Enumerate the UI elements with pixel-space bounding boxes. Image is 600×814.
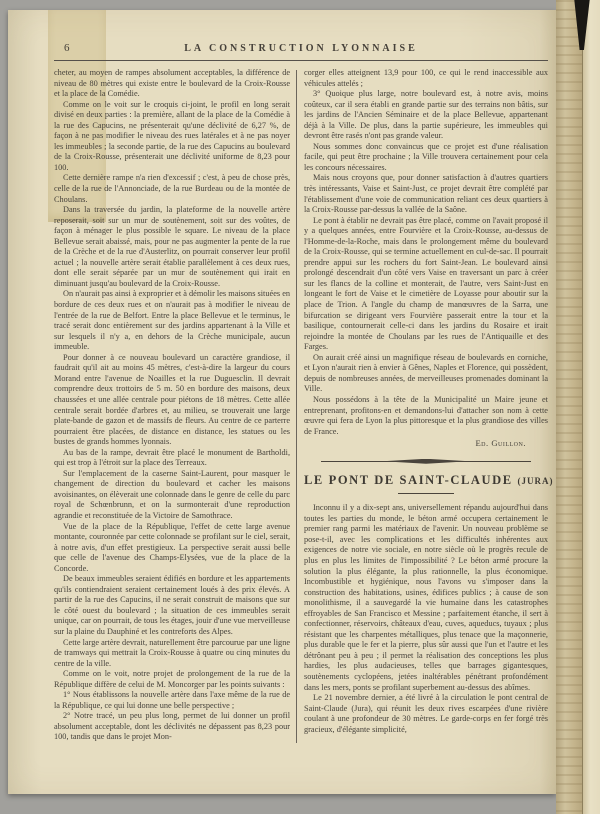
paragraph: Comme on le voit, notre projet de prolon… <box>54 669 290 690</box>
divider-lens-ornament <box>383 459 469 464</box>
paragraph: Sur l'emplacement de la caserne Saint-La… <box>54 469 290 522</box>
page-content: 6 LA CONSTRUCTION LYONNAISE cheter, au m… <box>8 10 556 794</box>
paragraph: Nous sommes donc convaincus que ce proje… <box>304 142 548 174</box>
paragraph: Mais nous croyons que, pour donner satis… <box>304 173 548 215</box>
paragraph: Le 21 novembre dernier, a été livré à la… <box>304 693 548 735</box>
paragraph: Vue de la place de la République, l'effe… <box>54 522 290 575</box>
paragraph: cheter, au moyen de rampes absolument ac… <box>54 68 290 100</box>
paragraph: Comme on le voit sur le croquis ci-joint… <box>54 100 290 174</box>
article-title-main: LE PONT DE SAINT-CLAUDE <box>304 473 513 487</box>
header-rule <box>54 60 548 61</box>
paragraph: Inconnu il y a dix-sept ans, universelle… <box>304 503 548 693</box>
section-divider <box>321 458 531 465</box>
journal-title: LA CONSTRUCTION LYONNAISE <box>54 43 548 54</box>
page-header: 6 LA CONSTRUCTION LYONNAISE <box>54 38 548 60</box>
paragraph: Cette dernière rampe n'a rien d'excessif… <box>54 173 290 205</box>
paragraph: Le pont à établir ne devrait pas être pl… <box>304 216 548 353</box>
left-column: cheter, au moyen de rampes absolument ac… <box>54 68 290 743</box>
scan-canvas: { "colors": { "paper": "#e6ddc1", "surro… <box>0 0 600 814</box>
paragraph: corger elles atteignent 13,9 pour 100, c… <box>304 68 548 89</box>
next-page-edge <box>582 0 600 814</box>
article-boulevard-end: corger elles atteignent 13,9 pour 100, c… <box>304 68 548 437</box>
article-title: LE PONT DE SAINT-CLAUDE (JURA) <box>304 475 548 487</box>
paragraph: On aurait créé ainsi un magnifique résea… <box>304 353 548 395</box>
paragraph: Pour donner à ce nouveau boulevard un ca… <box>54 353 290 448</box>
author-signature: Ed. Guillon. <box>304 438 548 449</box>
book-page-edges <box>556 0 582 814</box>
paragraph: Nous possédons à la tête de la Municipal… <box>304 395 548 437</box>
paragraph: 3° Quoique plus large, notre boulevard e… <box>304 89 548 142</box>
article-title-region: (JURA) <box>517 476 553 486</box>
paragraph: 1° Nous établissons la nouvelle artère d… <box>54 690 290 711</box>
scan-page: 6 LA CONSTRUCTION LYONNAISE cheter, au m… <box>8 10 556 794</box>
column-divider-rule <box>296 70 297 743</box>
right-column: corger elles atteignent 13,9 pour 100, c… <box>304 68 548 743</box>
title-rule <box>398 493 454 494</box>
paragraph: Dans la traversée du jardin, la platefor… <box>54 205 290 289</box>
text-columns: cheter, au moyen de rampes absolument ac… <box>54 68 548 743</box>
paragraph: 2° Notre tracé, un peu plus long, permet… <box>54 711 290 743</box>
paragraph: De beaux immeubles seraient édifiés en b… <box>54 574 290 637</box>
paragraph: Au bas de la rampe, devrait être placé l… <box>54 448 290 469</box>
paragraph: On n'aurait pas ainsi à exproprier et à … <box>54 289 290 352</box>
article-pont-body: Inconnu il y a dix-sept ans, universelle… <box>304 503 548 735</box>
paragraph: Cette large artère devrait, naturellemen… <box>54 638 290 670</box>
